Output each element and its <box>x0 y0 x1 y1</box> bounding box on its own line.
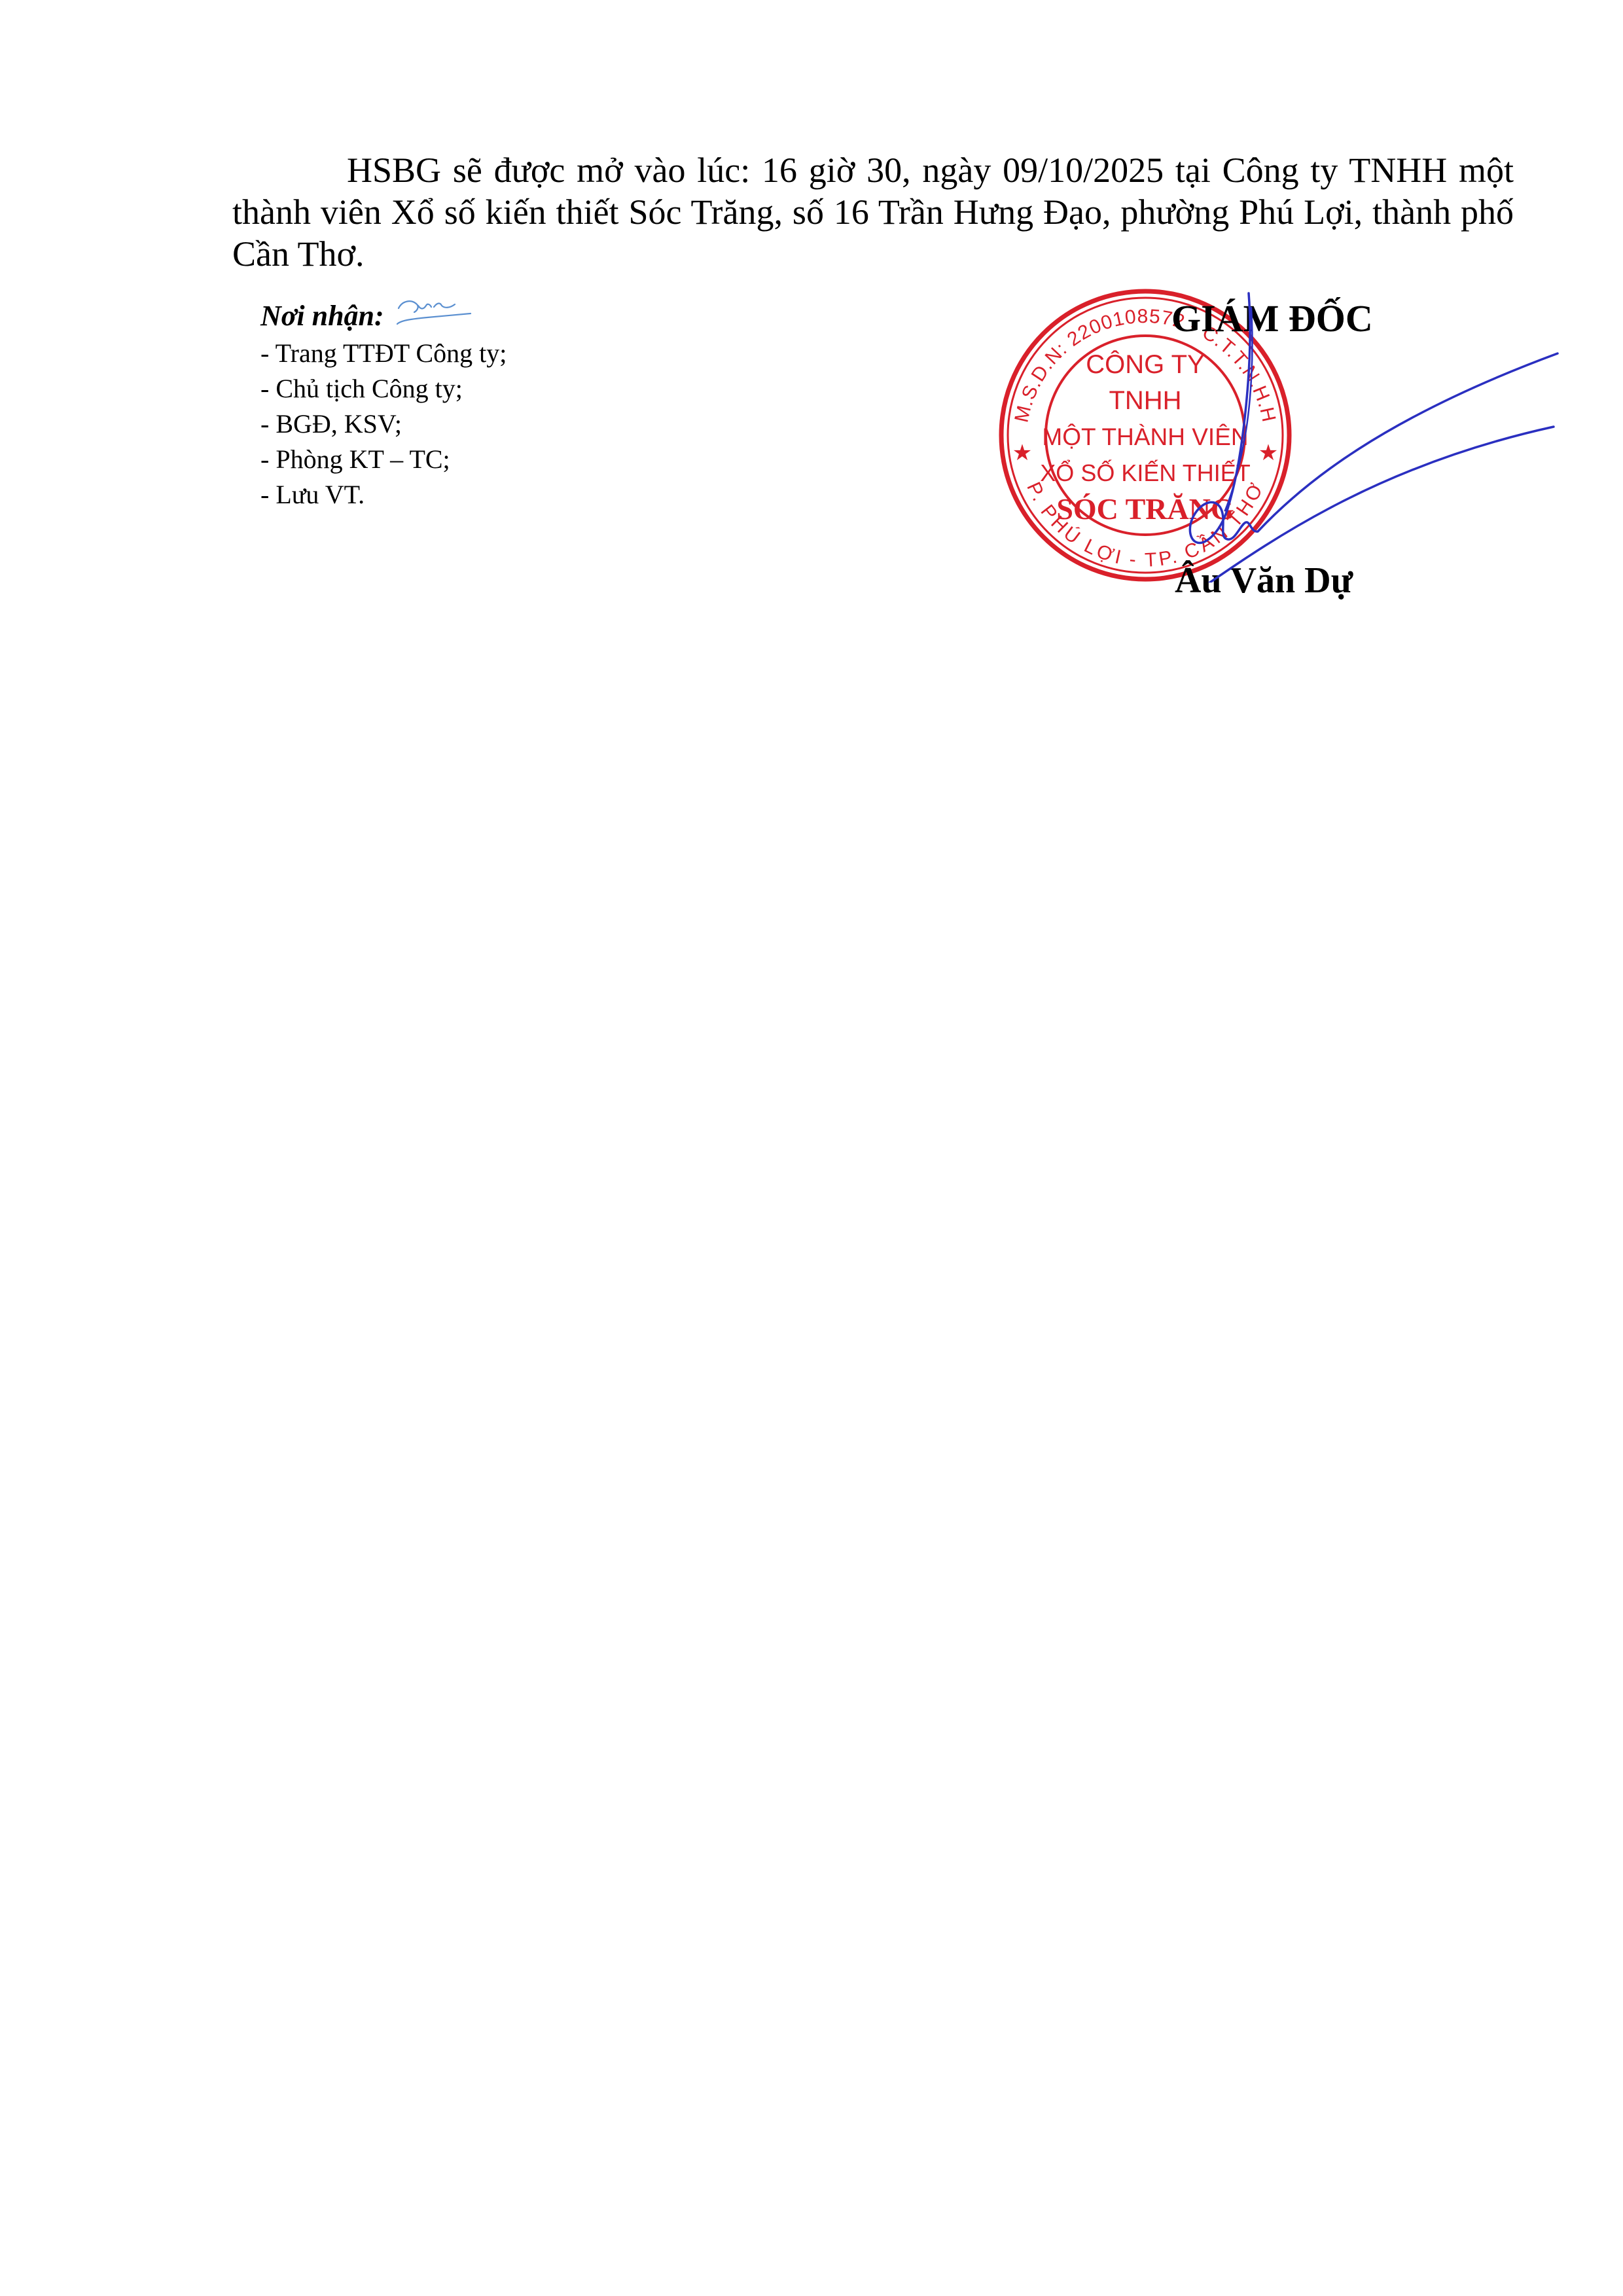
recipient-item: - Chủ tịch Công ty; <box>260 371 719 406</box>
body-paragraph: HSBG sẽ được mở vào lúc: 16 giờ 30, ngày… <box>232 149 1514 275</box>
stamp-star-left-icon: ★ <box>1012 440 1032 466</box>
body-paragraph-text: HSBG sẽ được mở vào lúc: 16 giờ 30, ngày… <box>232 151 1514 274</box>
recipients-block: Nơi nhận: - Trang TTĐT Công ty; - Chủ tị… <box>260 298 719 512</box>
recipient-item: - Phòng KT – TC; <box>260 442 719 477</box>
initial-signature-icon <box>395 296 473 329</box>
recipients-title: Nơi nhận: <box>260 298 384 334</box>
document-page: HSBG sẽ được mở vào lúc: 16 giờ 30, ngày… <box>0 0 1623 2296</box>
recipient-item: - Lưu VT. <box>260 477 719 512</box>
recipients-list: - Trang TTĐT Công ty; - Chủ tịch Công ty… <box>260 336 719 512</box>
handwritten-signature-icon <box>1106 288 1564 583</box>
recipients-title-text: Nơi nhận: <box>260 300 384 332</box>
recipient-item: - Trang TTĐT Công ty; <box>260 336 719 371</box>
recipient-item: - BGĐ, KSV; <box>260 406 719 442</box>
